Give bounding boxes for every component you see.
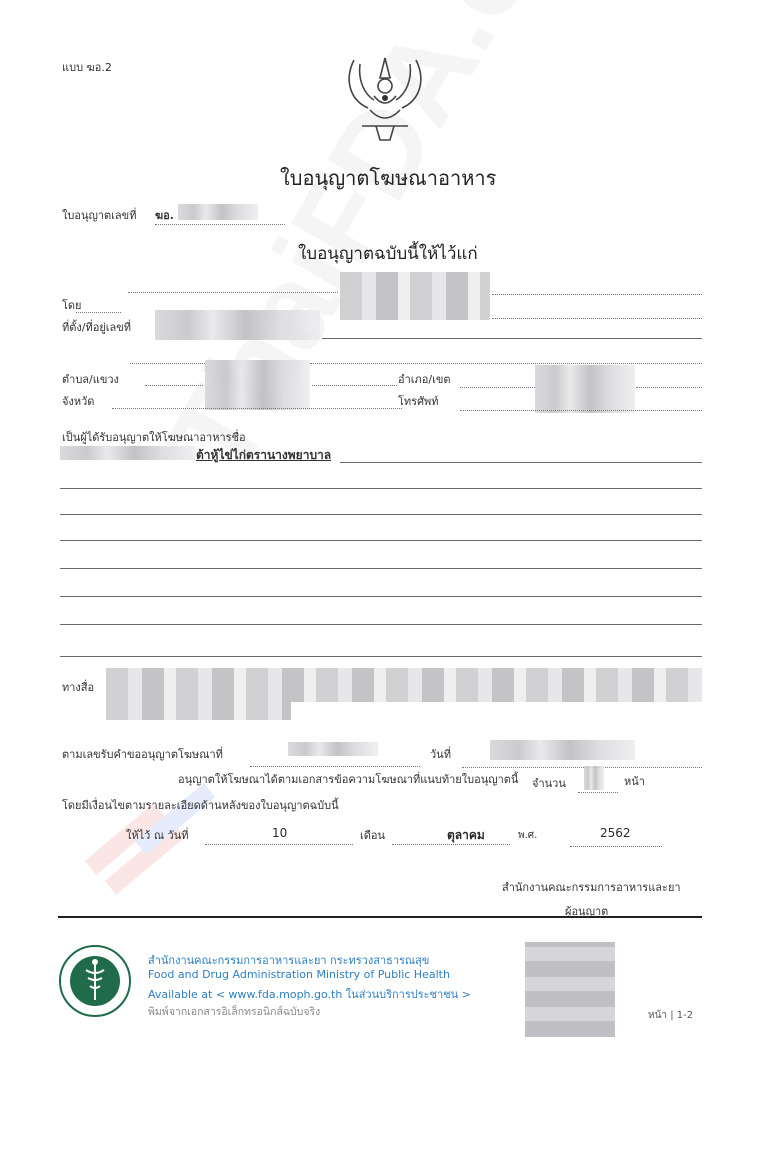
footer-line-thai: สำนักงานคณะกรรมการอาหารและยา กระทรวงสาธา…: [148, 951, 429, 969]
issued-year: 2562: [600, 826, 631, 840]
count-label: จำนวน: [532, 774, 566, 792]
granted-to-heading: ใบอนุญาตฉบับนี้ให้ไว้แก่: [298, 240, 478, 267]
issued-label: ให้ไว้ ณ วันที่: [126, 826, 188, 844]
province-label: จังหวัด: [62, 392, 94, 410]
request-label: ตามเลขรับคำขออนุญาตโฆษณาที่: [62, 745, 223, 763]
footer-divider: [58, 916, 702, 918]
issued-day: 10: [272, 826, 287, 840]
license-number-prefix: ฆอ.: [155, 206, 174, 224]
media-redacted-2: [106, 702, 291, 720]
permit-text: อนุญาตให้โฆษณาได้ตามเอกสารข้อความโฆษณาที…: [178, 770, 518, 788]
licensee-name-redacted: [340, 272, 490, 320]
footer-line-english: Food and Drug Administration Ministry of…: [148, 968, 450, 981]
ministry-of-public-health-logo-icon: [58, 944, 132, 1018]
subdistrict-label: ตำบล/แขวง: [62, 370, 119, 388]
license-number-redacted: [178, 204, 258, 220]
request-number-redacted: [288, 742, 378, 756]
request-date-label: วันที่: [430, 745, 451, 763]
media-redacted: [106, 668, 702, 702]
footer-website-link[interactable]: Available at < www.fda.moph.go.th ในส่วน…: [148, 985, 471, 1003]
qr-code-redacted: [525, 942, 615, 1037]
product-name: ต้าหู้ไข่ไก่ตรานางพยาบาล: [196, 446, 331, 465]
phone-label: โทรศัพท์: [398, 392, 439, 410]
signatory-office: สำนักงานคณะกรรมการอาหารและยา: [502, 878, 681, 896]
month-label: เดือน: [360, 826, 385, 844]
form-code: แบบ ฆอ.2: [62, 58, 112, 76]
district-label: อำเภอ/เขต: [398, 370, 451, 388]
document-title: ใบอนุญาตโฆษณาอาหาร: [280, 162, 496, 194]
product-name-redacted: [60, 446, 195, 460]
conditions-text: โดยมีเงื่อนไขตามรายละเอียดด้านหลังของใบอ…: [62, 796, 339, 814]
district-redacted: [535, 365, 635, 413]
media-label: ทางสื่อ: [62, 678, 94, 696]
footer-print-note: พิมพ์จากเอกสารอิเล็กทรอนิกส์ฉบับจริง: [148, 1003, 320, 1020]
license-number-label: ใบอนุญาตเลขที่: [62, 206, 136, 224]
issued-month: ตุลาคม: [447, 826, 485, 845]
address-label: ที่ตั้ง/ที่อยู่เลขที่: [62, 318, 131, 336]
page-count-redacted: [584, 766, 604, 790]
page-unit: หน้า: [624, 772, 645, 790]
address-redacted: [155, 310, 320, 340]
year-label: พ.ศ.: [518, 828, 537, 843]
garuda-emblem-icon: [340, 50, 430, 145]
subdistrict-redacted: [205, 360, 310, 410]
advertiser-label: เป็นผู้ได้รับอนุญาตให้โฆษณาอาหารชื่อ: [62, 428, 246, 446]
page-number: หน้า | 1-2: [648, 1008, 693, 1023]
request-date-redacted: [490, 740, 635, 760]
